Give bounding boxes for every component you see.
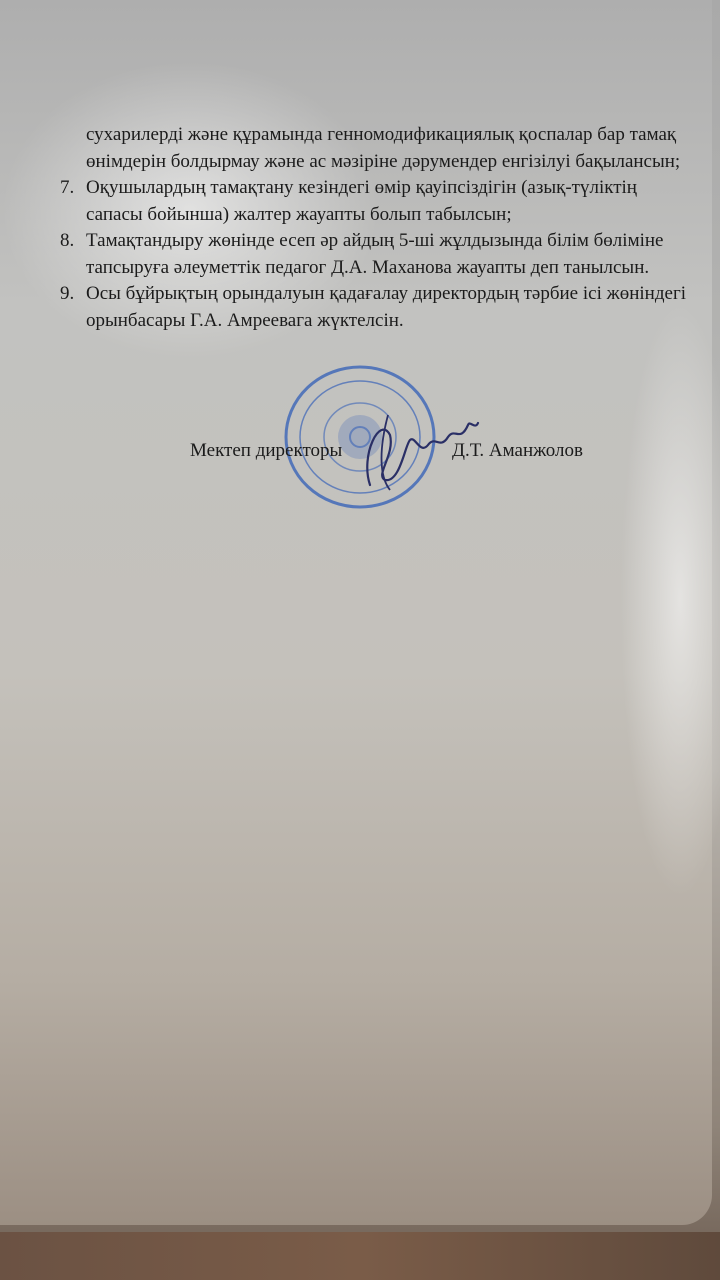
- text-line: Осы бұйрықтың орындалуын қадағалау дирек…: [86, 281, 686, 308]
- text-line: Оқушылардың тамақтану кезіндегі өмір қау…: [86, 175, 637, 202]
- item-number: 9.: [60, 281, 86, 308]
- item-number: 7.: [60, 175, 86, 202]
- item-number: 8.: [60, 228, 86, 255]
- text-line: сапасы бойынша) жалтер жауапты болып таб…: [60, 202, 720, 229]
- text-line: орынбасары Г.А. Амреевага жүктелсін.: [60, 308, 720, 335]
- document-sheet: сухарилерді және құрамында генномодифика…: [0, 0, 712, 1225]
- table-surface: [0, 1232, 720, 1280]
- signature-title: Мектеп директоры: [190, 440, 342, 462]
- text-line: тапсыруға әлеуметтік педагог Д.А. Махано…: [60, 255, 720, 282]
- text-line: өнімдерін болдырмау және ас мәзіріне дәр…: [60, 149, 720, 176]
- order-text: сухарилерді және құрамында генномодифика…: [60, 122, 720, 334]
- list-item-8: 8. Тамақтандыру жөнінде есеп әр айдың 5-…: [60, 228, 720, 281]
- signature-name: Д.Т. Аманжолов: [452, 440, 583, 462]
- text-line: Тамақтандыру жөнінде есеп әр айдың 5-ші …: [86, 228, 663, 255]
- plastic-glare-right: [620, 300, 720, 900]
- list-item-7: 7. Оқушылардың тамақтану кезіндегі өмір …: [60, 175, 720, 228]
- list-item-9: 9. Осы бұйрықтың орындалуын қадағалау ди…: [60, 281, 720, 334]
- text-line: сухарилерді және құрамында генномодифика…: [60, 122, 720, 149]
